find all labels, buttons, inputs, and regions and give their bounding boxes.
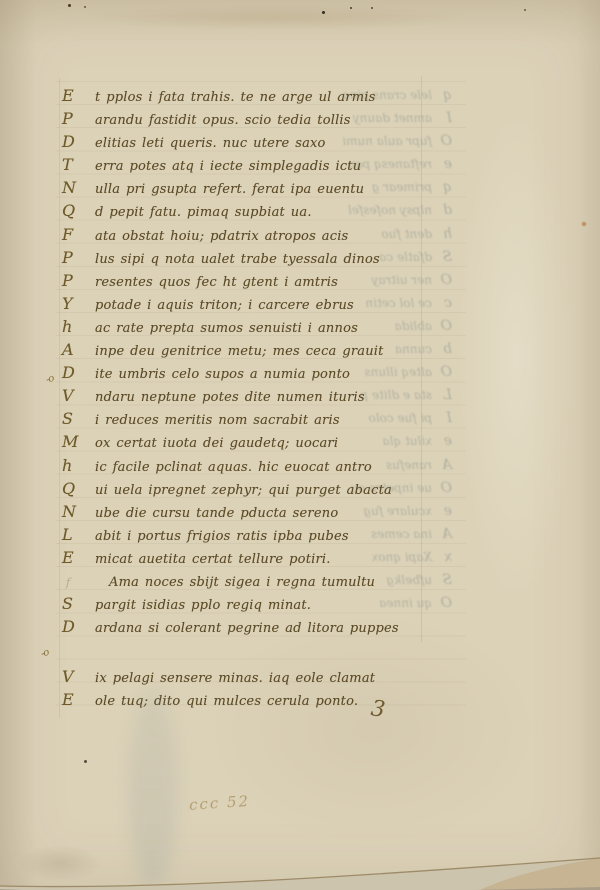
poem-line: P lus sipi q nota ualet trabe tyessala d… xyxy=(62,246,492,269)
speck xyxy=(371,7,373,9)
line-initial: V xyxy=(62,665,95,690)
poem-line: N ulla pri gsupta refert. ferat ipa euen… xyxy=(62,176,492,199)
line-initial: Y xyxy=(62,292,95,317)
line-initial: h xyxy=(62,315,95,340)
poem-line: V ndaru neptune potes dite numen ituris xyxy=(62,384,492,407)
line-text: erra potes atq i iecte simplegadis ictu xyxy=(95,155,361,178)
manuscript-page: q lele crans pina I amnet dauny O fupr a… xyxy=(0,0,600,890)
poem-line: E ole tuq; dito qui mulces cerula ponto. xyxy=(62,688,492,711)
paragraph-mark: -o xyxy=(39,647,49,660)
line-text: ndaru neptune potes dite numen ituris xyxy=(95,386,365,409)
poem-line: f Ama noces sbijt sigea i regna tumultu xyxy=(62,569,492,592)
line-initial: N xyxy=(62,500,95,525)
line-text: resentes quos fec ht gtent i amtris xyxy=(95,271,338,294)
poem-text-block: E t pplos i fata trahis. te ne arge ul a… xyxy=(62,84,492,711)
line-initial: S xyxy=(62,592,95,617)
line-initial: D xyxy=(62,361,95,386)
folio-inscription: ccc 52 xyxy=(188,792,250,814)
page-edge xyxy=(0,845,600,890)
line-text: ox certat iuota dei gaudetq; uocari xyxy=(95,432,338,455)
line-initial: D xyxy=(62,130,95,155)
line-initial: P xyxy=(62,246,95,271)
line-text: potade i aquis triton; i carcere ebrus xyxy=(95,294,354,317)
line-text: arandu fastidit opus. scio tedia tollis xyxy=(95,109,351,132)
line-initial: P xyxy=(62,269,95,294)
line-text: ui uela ipregnet zephyr; qui purget abac… xyxy=(95,479,392,502)
marginal-numeral: 3 xyxy=(369,696,386,723)
line-text: pargit isidias pplo regiq minat. xyxy=(95,594,311,617)
poem-line: F ata obstat hoiu; pdatrix atropos acis xyxy=(62,223,492,246)
line-initial: T xyxy=(62,153,95,178)
poem-line: A inpe deu genitrice metu; mes ceca grau… xyxy=(62,338,492,361)
line-text: elitias leti queris. nuc utere saxo xyxy=(95,132,326,155)
line-initial: P xyxy=(62,107,95,132)
line-text: ardana si colerant pegrine ad litora pup… xyxy=(95,617,399,640)
line-initial: h xyxy=(62,454,95,479)
line-text: lus sipi q nota ualet trabe tyessala din… xyxy=(95,248,380,271)
line-initial: F xyxy=(62,223,95,248)
line-initial: Q xyxy=(62,477,95,502)
poem-line: P resentes quos fec ht gtent i amtris xyxy=(62,269,492,292)
line-initial: V xyxy=(62,384,95,409)
line-initial: N xyxy=(62,176,95,201)
poem-line: N ube die cursu tande pducta sereno xyxy=(62,500,492,523)
speck xyxy=(84,760,87,763)
paragraph-mark: -o xyxy=(44,373,54,386)
poem-line: S i reduces meritis nom sacrabit aris xyxy=(62,407,492,430)
line-initial: f xyxy=(62,569,95,594)
poem-line: Q d pepit fatu. pimaq supbiat ua. xyxy=(62,199,492,222)
rust-stain xyxy=(582,222,586,226)
line-text: abit i portus frigios ratis ipba pubes xyxy=(95,525,349,548)
speck xyxy=(524,9,526,11)
poem-line: h ac rate prepta sumos senuisti i annos xyxy=(62,315,492,338)
line-text: ata obstat hoiu; pdatrix atropos acis xyxy=(95,225,348,248)
line-text: ube die cursu tande pducta sereno xyxy=(95,502,338,525)
line-text: ite umbris celo supos a numia ponto xyxy=(95,363,350,386)
poem-line: E t pplos i fata trahis. te ne arge ul a… xyxy=(62,84,492,107)
poem-line: M ox certat iuota dei gaudetq; uocari xyxy=(62,430,492,453)
line-text: t pplos i fata trahis. te ne arge ul arm… xyxy=(95,86,375,109)
line-text: i reduces meritis nom sacrabit aris xyxy=(95,409,340,432)
line-initial: Q xyxy=(62,199,95,224)
poem-line: V ix pelagi sensere minas. iaq eole clam… xyxy=(62,665,492,688)
line-text: ac rate prepta sumos senuisti i annos xyxy=(95,317,358,340)
line-text: d pepit fatu. pimaq supbiat ua. xyxy=(95,201,312,224)
line-initial: E xyxy=(62,546,95,571)
poem-line: P arandu fastidit opus. scio tedia tolli… xyxy=(62,107,492,130)
left-margin-rule xyxy=(59,78,60,718)
guide-letter: f xyxy=(66,576,70,589)
line-text: ole tuq; dito qui mulces cerula ponto. xyxy=(95,690,358,713)
line-initial: D xyxy=(62,615,95,640)
speck xyxy=(68,4,71,7)
poem-line: Q ui uela ipregnet zephyr; qui purget ab… xyxy=(62,477,492,500)
poem-line: D ite umbris celo supos a numia ponto xyxy=(62,361,492,384)
poem-line: D elitias leti queris. nuc utere saxo xyxy=(62,130,492,153)
line-text: Ama noces sbijt sigea i regna tumultu xyxy=(95,571,375,594)
speck xyxy=(84,6,86,8)
line-initial: M xyxy=(62,430,95,455)
poem-line: S pargit isidias pplo regiq minat. xyxy=(62,592,492,615)
line-initial: E xyxy=(62,688,95,713)
poem-line: h ic facile pclinat aquas. hic euocat an… xyxy=(62,454,492,477)
line-initial: S xyxy=(62,407,95,432)
poem-line: E micat auetita certat tellure potiri. xyxy=(62,546,492,569)
line-text: micat auetita certat tellure potiri. xyxy=(95,548,331,571)
poem-line: L abit i portus frigios ratis ipba pubes xyxy=(62,523,492,546)
line-initial: E xyxy=(62,84,95,109)
speck xyxy=(350,7,352,9)
line-text: inpe deu genitrice metu; mes ceca grauit xyxy=(95,340,384,363)
poem-line: T erra potes atq i iecte simplegadis ict… xyxy=(62,153,492,176)
speck xyxy=(322,11,325,14)
poem-line: Y potade i aquis triton; i carcere ebrus xyxy=(62,292,492,315)
line-text: ulla pri gsupta refert. ferat ipa euentu xyxy=(95,178,364,201)
line-initial: L xyxy=(62,523,95,548)
line-initial: A xyxy=(62,338,95,363)
line-text: ic facile pclinat aquas. hic euocat antr… xyxy=(95,456,372,479)
poem-line: D ardana si colerant pegrine ad litora p… xyxy=(62,615,492,638)
line-text: ix pelagi sensere minas. iaq eole clamat xyxy=(95,667,375,690)
